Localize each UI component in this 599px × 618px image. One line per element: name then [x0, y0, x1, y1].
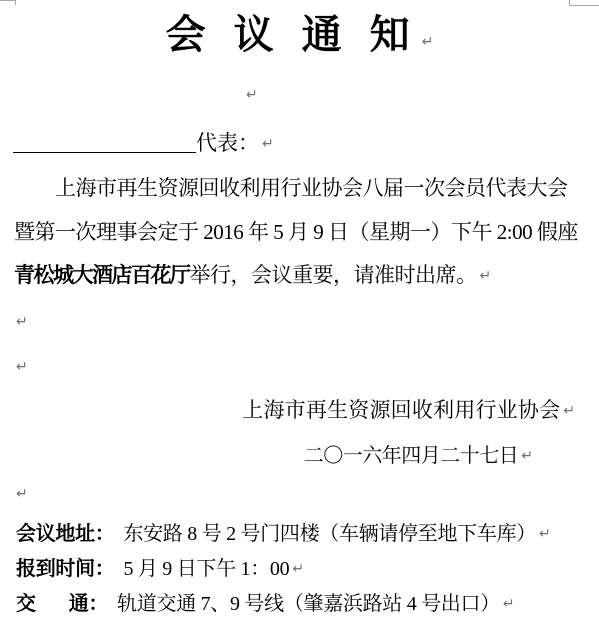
pilcrow-mark: ↵ — [16, 315, 28, 329]
checkin-time-line: 报到时间：5 月 9 日下午 1：00↵ — [16, 557, 304, 581]
body-paragraph-line-3: 青松城大酒店百花厅举行，会议重要，请准时出席。↵ — [14, 263, 491, 288]
signature-organization: 上海市再生资源回收利用行业协会↵ — [242, 398, 575, 423]
document-page: 会 议 通 知↵ ↵ 代表：↵ 上海市再生资源回收利用行业协会八届一次会员代表大… — [0, 0, 599, 618]
salutation-line: 代表：↵ — [13, 131, 274, 156]
checkin-time-label: 报到时间： — [16, 558, 115, 580]
body-paragraph-line-1: 上海市再生资源回收利用行业协会八届一次会员代表大会 — [55, 176, 568, 200]
meeting-address-value: 东安路 8 号 2 号门四楼（车辆请停至地下车库） — [124, 523, 537, 545]
pilcrow-mark: ↵ — [246, 88, 258, 102]
body-text: 举行，会议重要，请准时出席。 — [190, 263, 477, 287]
text-boundary-mark-top-left — [0, 0, 16, 1]
text-boundary-mark-top-right — [569, 5, 599, 6]
pilcrow-mark: ↵ — [563, 403, 575, 419]
document-title: 会 议 通 知↵ — [0, 10, 599, 67]
meeting-address-line: 会议地址：东安路 8 号 2 号门四楼（车辆请停至地下车库）↵ — [16, 522, 551, 546]
document-title-text: 会 议 通 知 — [166, 12, 419, 57]
signature-date: 二〇一六年四月二十七日↵ — [304, 444, 533, 468]
date-text: 二〇一六年四月二十七日 — [304, 445, 519, 467]
transport-label: 通： — [69, 593, 108, 615]
pilcrow-mark: ↵ — [521, 448, 533, 464]
text-boundary-mark-top-left — [15, 0, 16, 5]
venue-name: 青松城大酒店百花厅 — [14, 263, 190, 287]
transport-label: 交 — [16, 593, 36, 615]
pilcrow-mark: ↵ — [292, 561, 304, 577]
pilcrow-mark: ↵ — [262, 136, 274, 152]
meeting-address-label: 会议地址： — [16, 523, 115, 545]
pilcrow-mark: ↵ — [503, 596, 515, 612]
organization-name: 上海市再生资源回收利用行业协会 — [242, 398, 560, 422]
transport-value: 轨道交通 7、9 号线（肇嘉浜路站 4 号出口） — [117, 593, 500, 615]
name-blank-underline — [13, 150, 196, 153]
pilcrow-mark: ↵ — [539, 526, 551, 542]
salutation-label: 代表： — [196, 131, 259, 155]
body-text: 暨第一次理事会定于 2016 年 5 月 9 日（星期一）下午 2:00 假座 — [14, 220, 578, 244]
body-text: 上海市再生资源回收利用行业协会八届一次会员代表大会 — [55, 176, 568, 200]
pilcrow-mark: ↵ — [16, 487, 28, 501]
pilcrow-mark: ↵ — [16, 360, 28, 374]
body-paragraph-line-2: 暨第一次理事会定于 2016 年 5 月 9 日（星期一）下午 2:00 假座 — [14, 220, 578, 244]
pilcrow-mark: ↵ — [480, 268, 492, 284]
checkin-time-value: 5 月 9 日下午 1：00 — [124, 558, 290, 580]
pilcrow-mark: ↵ — [422, 34, 434, 50]
transport-line: 交通：轨道交通 7、9 号线（肇嘉浜路站 4 号出口）↵ — [16, 592, 515, 616]
